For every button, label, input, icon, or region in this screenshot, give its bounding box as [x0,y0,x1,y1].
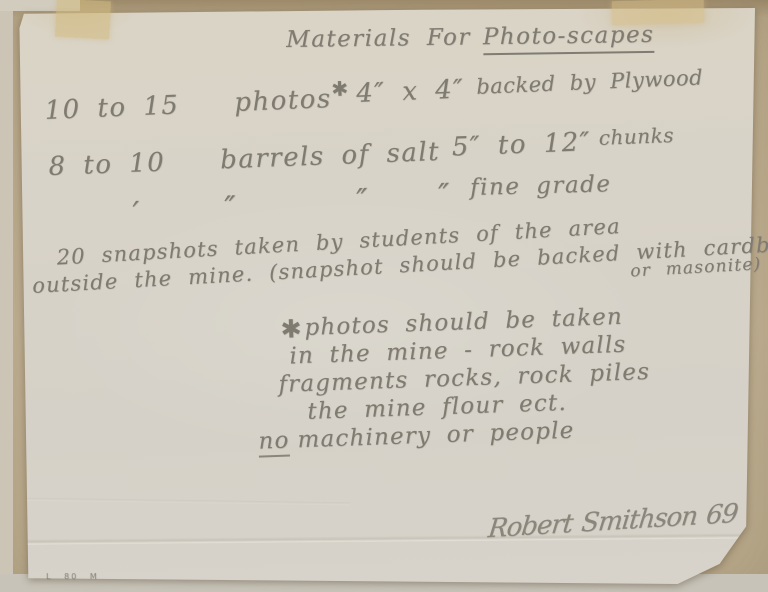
emphasis-no: no [258,428,290,458]
ditto-mark: ″ [224,190,238,225]
ditto-mark: ′ [132,196,141,231]
paper-crease-bottom [18,533,755,545]
quantity: 10 to 15 [44,90,180,126]
corner-inscription: L 80 M [46,572,99,581]
ditto-mark: ″ [438,178,452,213]
spacer [180,111,235,113]
item-size: 4″ x 4″ [356,74,465,109]
photo-stage: Materials ForPhoto-scapes 10 to 15photos… [0,0,768,592]
title-subject: Photo-scapes [483,22,655,55]
paper-crease-faint [18,498,350,506]
item-size: 5″ to 12″ [451,127,591,162]
spacer [465,101,477,102]
item-detail: fine grade [470,171,612,201]
mat-edge-left [0,0,13,592]
footnote-block: ✱photos should be taken in the mine - ro… [274,301,653,455]
asterisk-marker: ✱ [280,314,302,344]
title-prefix: Materials For [286,24,471,53]
item-name: photos [234,84,333,118]
note-title: Materials ForPhoto-scapes [286,22,655,53]
spacer [166,168,221,170]
asterisk-marker: ✱ [331,76,349,101]
tape-top-left [55,0,111,39]
ditto-mark: ″ [356,183,370,218]
quantity: 8 to 10 [48,148,166,182]
item-detail: chunks [598,123,674,150]
